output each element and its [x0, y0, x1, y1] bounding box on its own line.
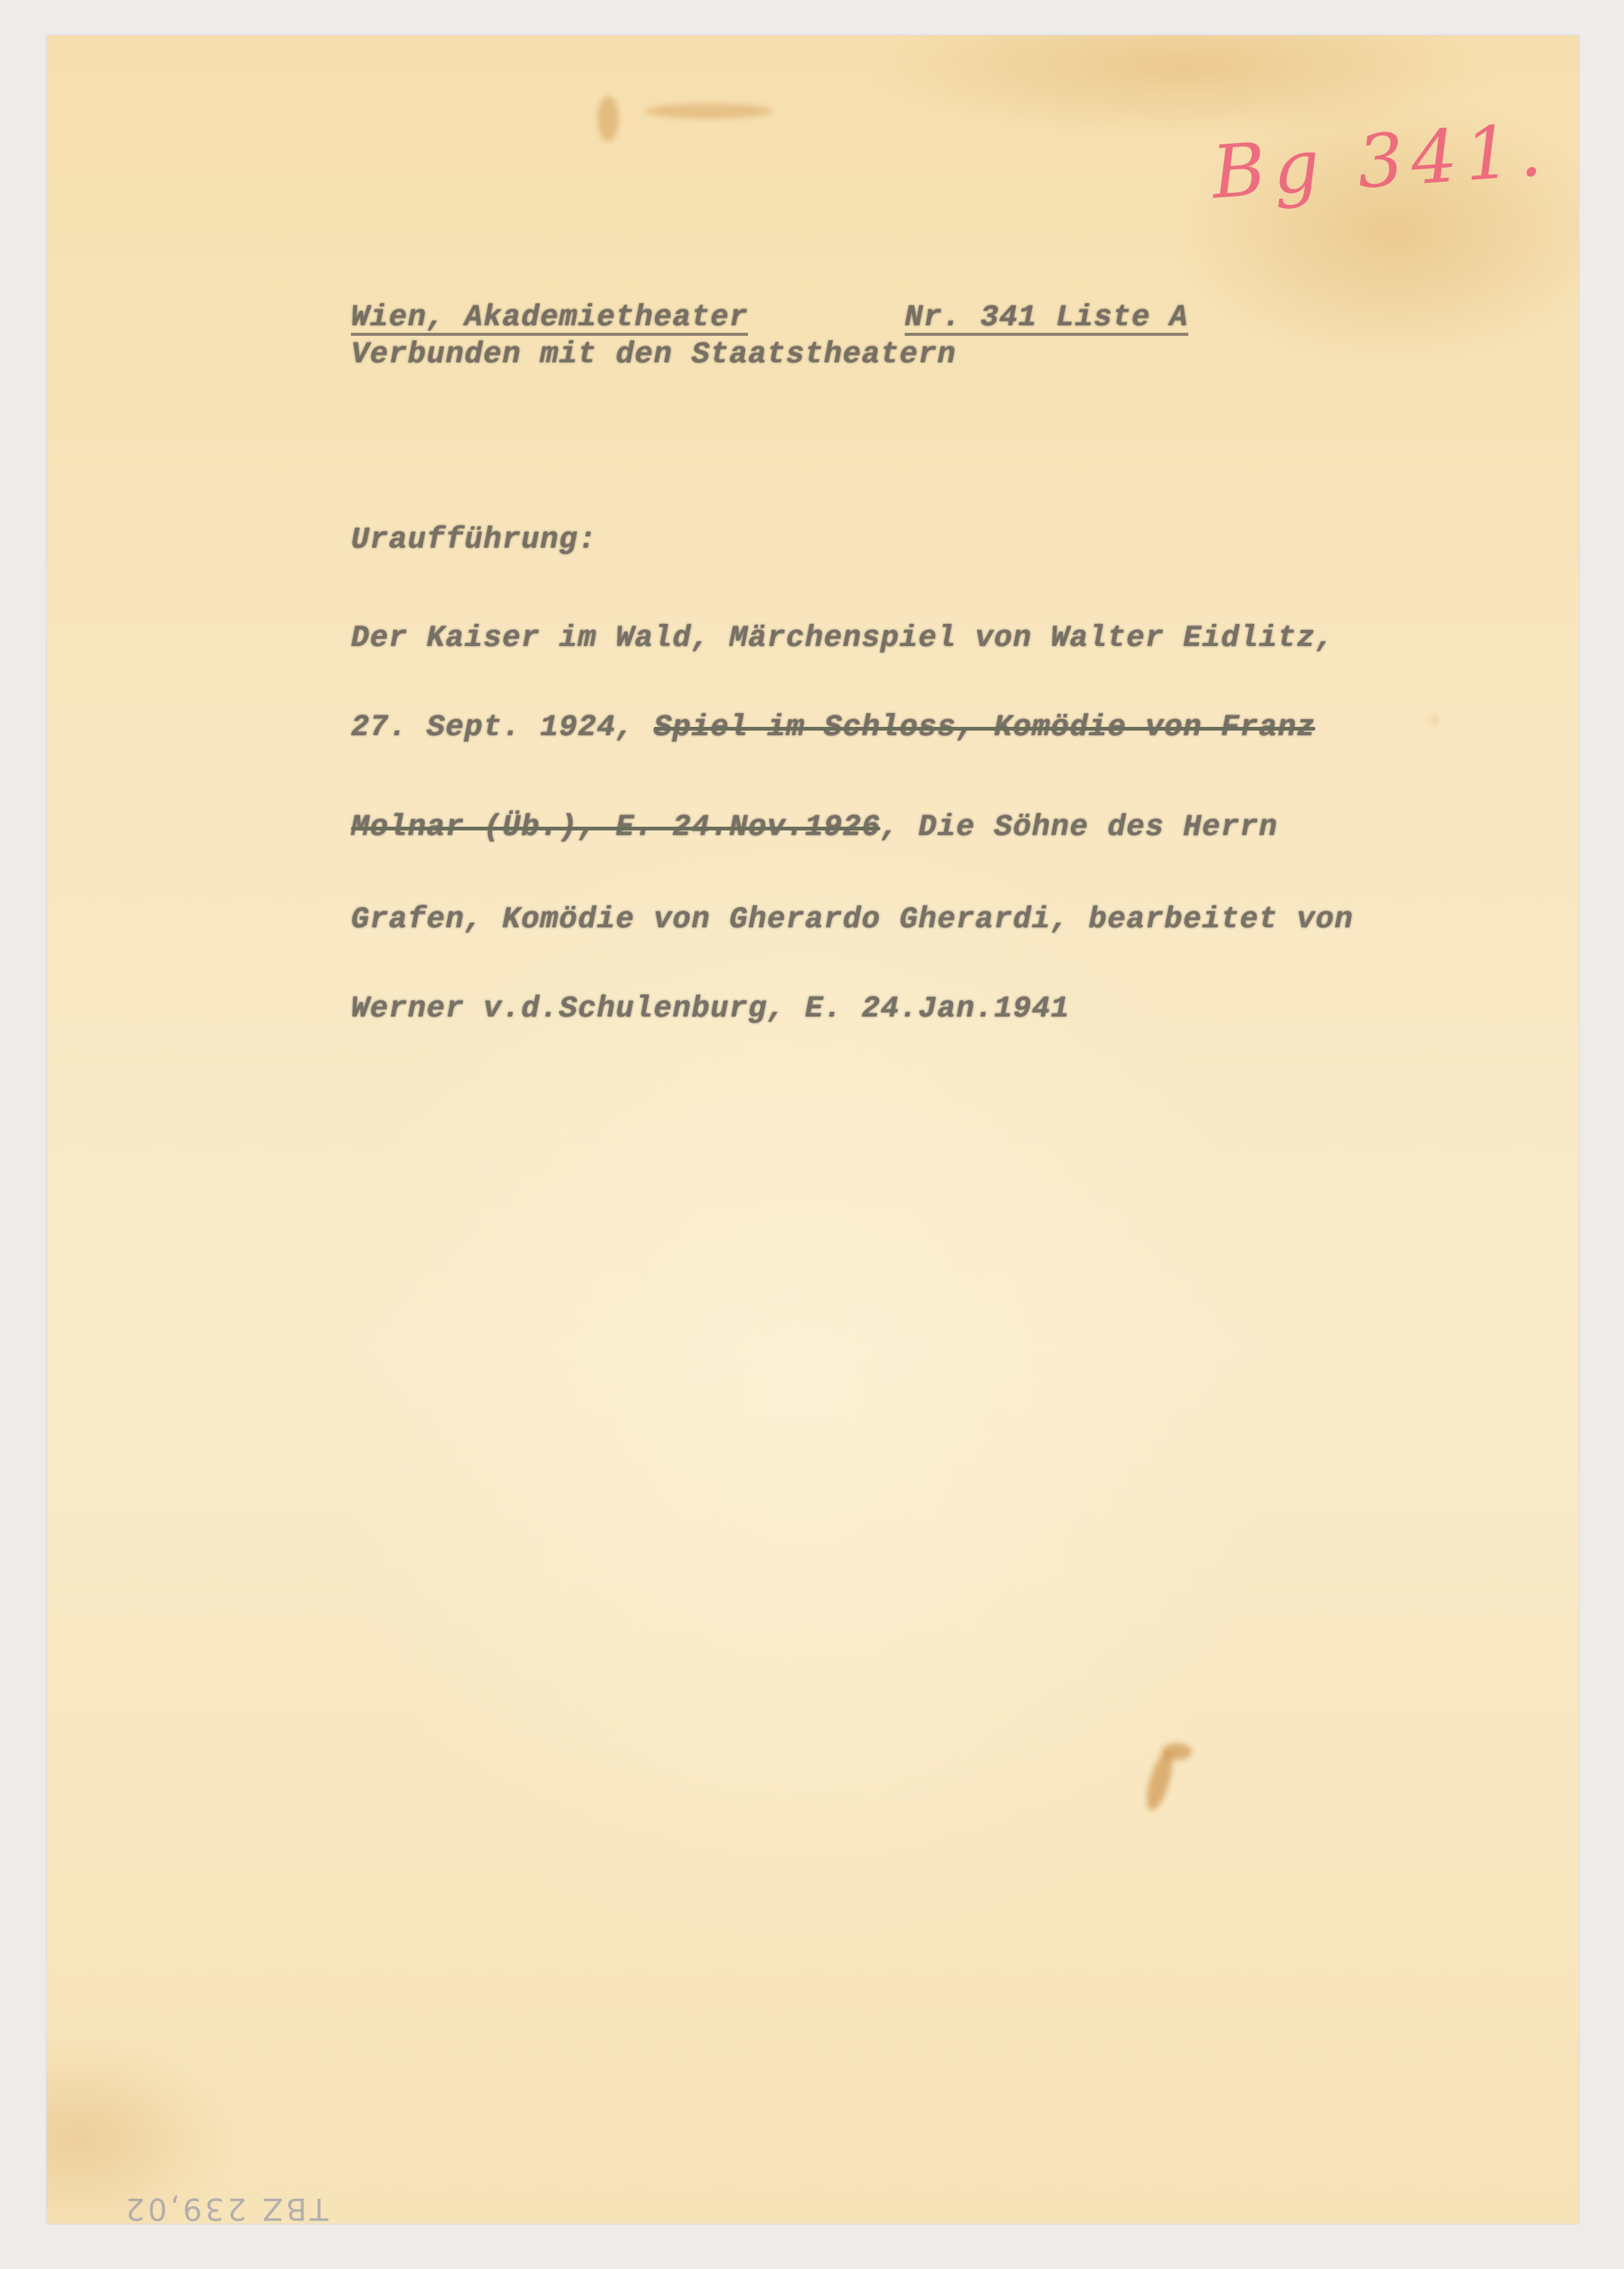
header-subtitle: Verbunden mit den Staatstheatern	[351, 338, 956, 372]
text-segment: , Die Söhne des Herrn	[880, 811, 1278, 845]
foxing-stain	[598, 96, 619, 141]
archive-number-annotation: Bg 341.	[1209, 107, 1552, 216]
struck-text-segment: Spiel im Schloss, Komödie von Franz	[654, 711, 1315, 745]
document-page: Bg 341. Wien, Akademietheater Nr. 341 Li…	[47, 36, 1579, 2224]
struck-text-segment: Molnar (Üb.), E. 24.Nov.1926	[351, 811, 880, 845]
header-location: Wien, Akademietheater	[351, 304, 748, 336]
header-number: Nr. 341 Liste A	[905, 304, 1188, 336]
text-segment: Grafen, Komödie von Gherardo Gherardi, b…	[351, 903, 1353, 937]
pencil-inventory-note: TBZ 239,02	[123, 2191, 328, 2226]
text-segment: Der Kaiser im Wald, Märchenspiel von Wal…	[351, 622, 1334, 656]
foxing-stain	[1431, 716, 1439, 724]
foxing-stain	[1162, 1743, 1192, 1760]
text-line-4: Grafen, Komödie von Gherardo Gherardi, b…	[351, 903, 1353, 937]
foxing-stain	[644, 104, 773, 119]
text-line-2: 27. Sept. 1924, Spiel im Schloss, Komödi…	[351, 711, 1315, 745]
section-heading: Uraufführung:	[351, 523, 597, 557]
text-line-5: Werner v.d.Schulenburg, E. 24.Jan.1941	[351, 992, 1070, 1026]
text-segment: Werner v.d.Schulenburg, E. 24.Jan.1941	[351, 992, 1070, 1026]
text-line-3: Molnar (Üb.), E. 24.Nov.1926, Die Söhne …	[351, 811, 1278, 845]
text-line-1: Der Kaiser im Wald, Märchenspiel von Wal…	[351, 622, 1334, 656]
text-segment: 27. Sept. 1924,	[351, 711, 654, 745]
